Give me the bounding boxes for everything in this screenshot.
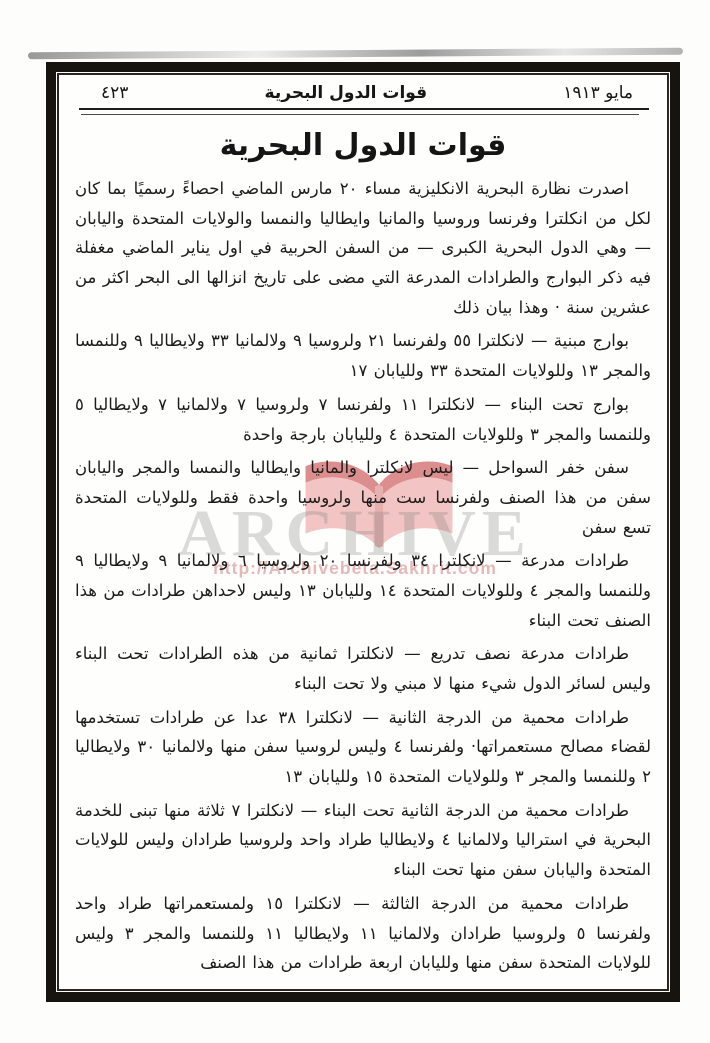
paragraph-coast-guard-ships: سفن خفر السواحل — ليس لانكلترا والمانيا …	[75, 453, 651, 542]
scanned-page: ٤٢٣ قوات الدول البحرية مايو ١٩١٣ قوات ال…	[0, 0, 710, 1043]
paragraph-protected-cruisers-2nd: طرادات محمية من الدرجة الثانية — لانكلتر…	[75, 703, 651, 792]
paragraph-protected-cruisers-2nd-building: طرادات محمية من الدرجة الثانية تحت البنا…	[75, 796, 651, 885]
scan-smudge	[28, 48, 683, 60]
paragraph-armored-cruisers: طرادات مدرعة — لانكلترا ٣٤ ولفرنسا ٢٠ ول…	[75, 546, 651, 635]
paragraph-battleships-built: بوارج مبنية — لانكلترا ٥٥ ولفرنسا ٢١ ولر…	[75, 326, 651, 385]
running-header: ٤٢٣ قوات الدول البحرية مايو ١٩١٣	[71, 79, 655, 103]
paragraph-protected-cruisers-3rd: طرادات محمية من الدرجة الثالثة — لانكلتر…	[75, 889, 651, 978]
article-body: اصدرت نظارة البحرية الانكليزية مساء ٢٠ م…	[71, 174, 655, 991]
page-frame: ٤٢٣ قوات الدول البحرية مايو ١٩١٣ قوات ال…	[46, 62, 680, 1002]
paragraph-battleships-building: بوارج تحت البناء — لانكلترا ١١ ولفرنسا ٧…	[75, 390, 651, 449]
paragraph-semi-armored-cruisers: طرادات مدرعة نصف تدريع — لانكلترا ثمانية…	[75, 639, 651, 698]
running-title: قوات الدول البحرية	[265, 83, 428, 103]
issue-date: مايو ١٩١٣	[563, 83, 633, 103]
article-title: قوات الدول البحرية	[71, 128, 655, 163]
paragraph-intro: اصدرت نظارة البحرية الانكليزية مساء ٢٠ م…	[75, 174, 651, 322]
page-number: ٤٢٣	[101, 83, 128, 103]
divider-heavy-rule	[79, 108, 649, 110]
header-divider	[79, 108, 649, 115]
paragraph-protected-cruisers-3rd-building: طرادات محمية من الدرجة الثالثة تحت البنا…	[75, 982, 651, 991]
page-frame-inner: ٤٢٣ قوات الدول البحرية مايو ١٩١٣ قوات ال…	[57, 73, 669, 991]
divider-light-rule	[81, 114, 639, 115]
